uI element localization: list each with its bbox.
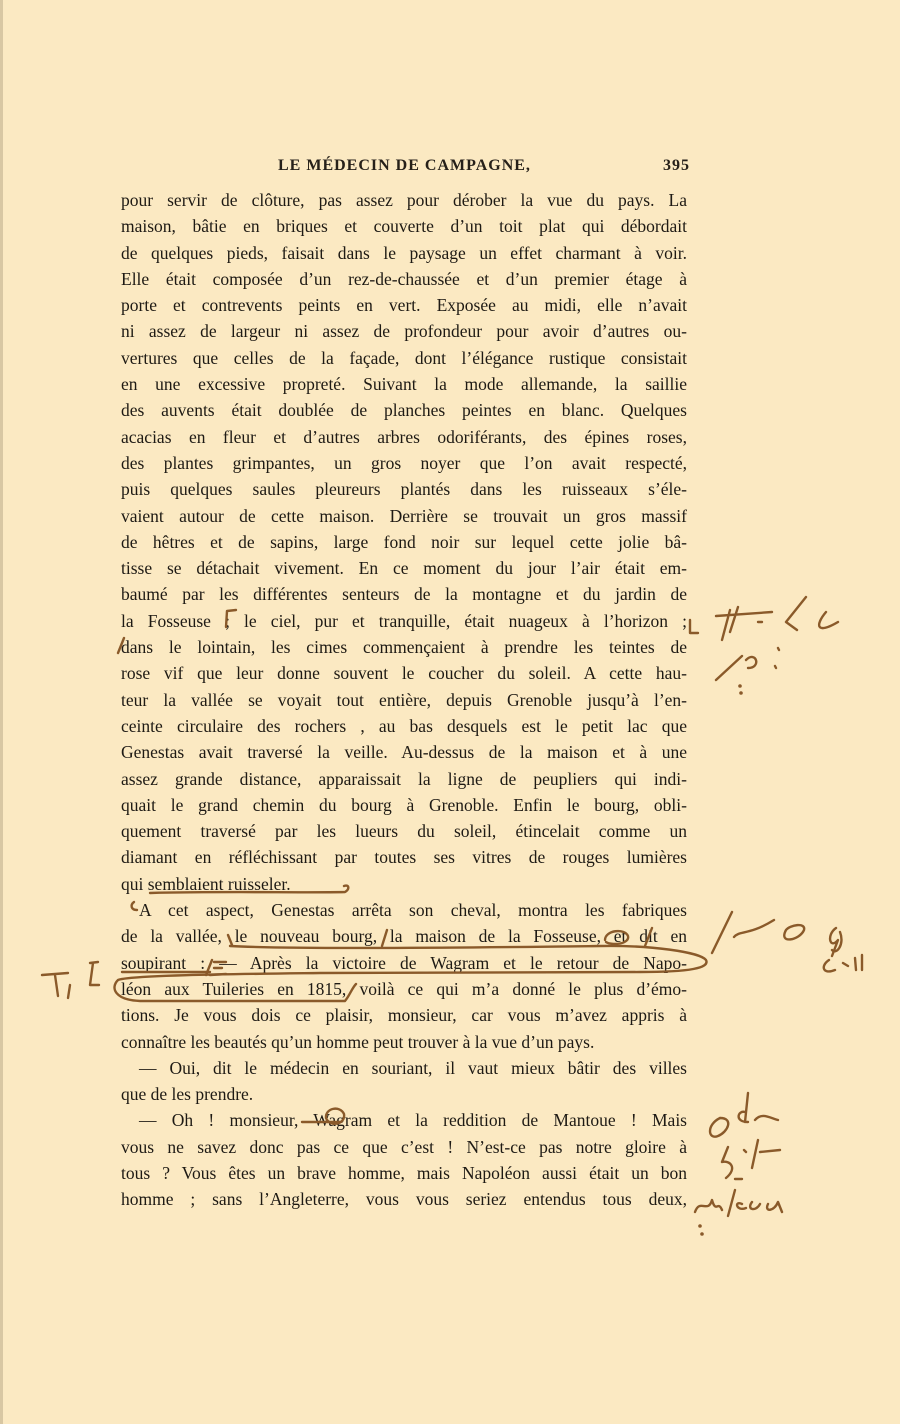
text-line: quement traversé par les lueurs du solei…	[121, 818, 687, 844]
text-line: vous ne savez donc pas ce que c’est ! N’…	[121, 1134, 687, 1160]
text-line: puis quelques saules pleureurs plantés d…	[121, 476, 687, 502]
text-line: ni assez de largeur ni assez de profonde…	[121, 318, 687, 344]
text-line: porte et contrevents peints en vert. Exp…	[121, 292, 687, 318]
margin-mark	[712, 912, 862, 971]
text-line: en une excessive propreté. Suivant la mo…	[121, 371, 687, 397]
text-line: des auvents était doublée de planches pe…	[121, 397, 687, 423]
margin-mark	[710, 1093, 780, 1179]
text-line: maison, bâtie en briques et couverte d’u…	[121, 213, 687, 239]
text-line: de hêtres et de sapins, large fond noir …	[121, 529, 687, 555]
text-line: Elle était composée d’un rez-de-chaussée…	[121, 266, 687, 292]
text-line: — Oh ! monsieur, Wagram et la reddition …	[121, 1107, 687, 1133]
text-line: pour servir de clôture, pas assez pour d…	[121, 187, 687, 213]
text-line: quait le grand chemin du bourg à Grenobl…	[121, 792, 687, 818]
text-line: homme ; sans l’Angleterre, vous vous ser…	[121, 1186, 687, 1212]
bracket-mark	[690, 620, 698, 633]
text-line: A cet aspect, Genestas arrêta son cheval…	[121, 897, 687, 923]
text-line: ceinte circulaire des rochers , au bas d…	[121, 713, 687, 739]
text-line: vaient autour de cette maison. Derrière …	[121, 503, 687, 529]
text-line: soupirant : — Après la victoire de Wagra…	[121, 950, 687, 976]
text-line: assez grande distance, apparaissait la l…	[121, 766, 687, 792]
text-line: diamant en réfléchissant par toutes ses …	[121, 844, 687, 870]
text-line: baumé par les différentes senteurs de la…	[121, 581, 687, 607]
running-head: LE MÉDECIN DE CAMPAGNE, 395	[278, 157, 690, 181]
margin-mark	[695, 1190, 782, 1216]
text-line: la Fosseuse ; le ciel, pur et tranquille…	[121, 608, 687, 634]
body-text: pour servir de clôture, pas assez pour d…	[121, 187, 687, 1213]
text-line: de la vallée, le nouveau bourg, la maiso…	[121, 923, 687, 949]
text-line: acacias en fleur et d’autres arbres odor…	[121, 424, 687, 450]
text-line: Genestas avait traversé la veille. Au-de…	[121, 739, 687, 765]
text-line: tous ? Vous êtes un brave homme, mais Na…	[121, 1160, 687, 1186]
text-line: tisse se détachait vivement. En ce momen…	[121, 555, 687, 581]
running-head-title: LE MÉDECIN DE CAMPAGNE,	[278, 157, 531, 175]
text-line: dans le lointain, les cimes commençaient…	[121, 634, 687, 660]
text-line: qui semblaient ruisseler.	[121, 871, 687, 897]
margin-mark	[42, 962, 99, 998]
paper-edge	[0, 0, 3, 1424]
page-number: 395	[663, 157, 690, 175]
text-line: léon aux Tuileries en 1815, voilà ce qui…	[121, 976, 687, 1002]
text-line: vertures que celles de la façade, dont l…	[121, 345, 687, 371]
text-line: tions. Je vous dois ce plaisir, monsieur…	[121, 1002, 687, 1028]
text-line: des plantes grimpantes, un gros noyer qu…	[121, 450, 687, 476]
text-line: que de les prendre.	[121, 1081, 687, 1107]
text-line: de quelques pieds, faisait dans le paysa…	[121, 240, 687, 266]
text-line: rose vif que leur donne souvent le couch…	[121, 660, 687, 686]
text-line: — Oui, dit le médecin en souriant, il va…	[121, 1055, 687, 1081]
text-line: connaître les beautés qu’un homme peut t…	[121, 1029, 687, 1055]
text-line: teur la vallée se voyait tout entière, d…	[121, 687, 687, 713]
margin-mark	[716, 597, 838, 680]
